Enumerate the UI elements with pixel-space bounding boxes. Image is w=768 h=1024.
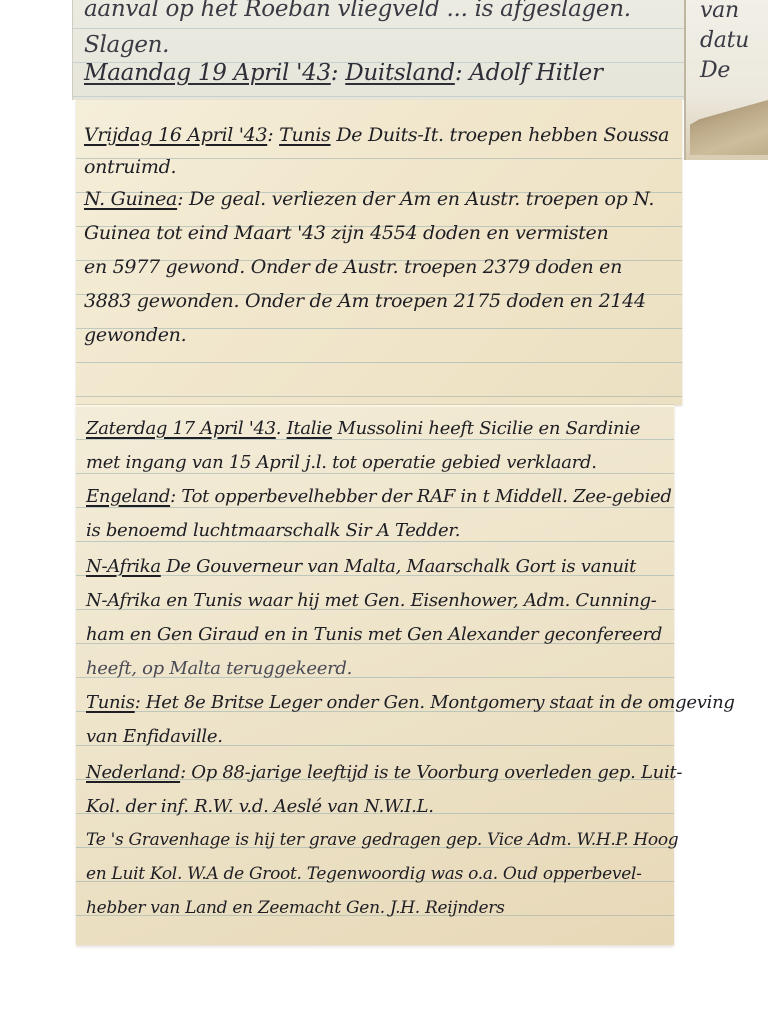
right-page-line-2: datu	[700, 28, 749, 53]
right-page-line-1: van	[700, 0, 739, 23]
slip1-line-6: 3883 gewonden. Onder de Am troepen 2175 …	[84, 290, 646, 312]
entry-date: Maandag 19 April '43	[84, 60, 331, 86]
back-page-entry-heading: Maandag 19 April '43: Duitsland: Adolf H…	[84, 60, 603, 86]
slip1-line-3: N. Guinea: De geal. verliezen der Am en …	[84, 188, 654, 210]
entry-text: De Gouverneur van Malta, Maarschalk Gort…	[166, 556, 636, 577]
slip2-line-4: is benoemd luchtmaarschalk Sir A Tedder.	[86, 520, 460, 541]
country-heading: Tunis	[279, 124, 330, 146]
slip2-line-9: Tunis: Het 8e Britse Leger onder Gen. Mo…	[86, 692, 735, 713]
country-heading: N-Afrika	[86, 556, 161, 577]
slip2-line-12: Kol. der inf. R.W. v.d. Aeslé van N.W.I.…	[86, 796, 434, 817]
rule-line	[73, 28, 685, 29]
rule-line	[76, 473, 674, 474]
slip2-line-7: ham en Gen Giraud en in Tunis met Gen Al…	[86, 624, 662, 645]
slip2-line-3: Engeland: Tot opperbevelhebber der RAF i…	[86, 486, 672, 507]
rule-line	[76, 396, 682, 397]
rule-line	[73, 96, 685, 97]
entry-date: Vrijdag 16 April '43	[84, 124, 267, 146]
rule-line	[76, 507, 674, 508]
country-heading: Tunis	[86, 692, 135, 713]
slip1-line-4: Guinea tot eind Maart '43 zijn 4554 dode…	[84, 222, 608, 244]
country-heading: Engeland	[86, 486, 170, 507]
slip2-line-2: met ingang van 15 April j.l. tot operati…	[86, 452, 597, 473]
slip2-line-1: Zaterdag 17 April '43. Italie Mussolini …	[86, 418, 640, 439]
back-page-line-1: aanval op het Roeban vliegveld ... is af…	[84, 0, 631, 22]
slip1-line-2: ontruimd.	[84, 156, 176, 178]
rule-line	[76, 541, 674, 542]
entry-date: Zaterdag 17 April '43	[86, 418, 276, 439]
slip1-line-5: en 5977 gewond. Onder de Austr. troepen …	[84, 256, 622, 278]
slip2-line-6: N-Afrika en Tunis waar hij met Gen. Eise…	[86, 590, 657, 611]
country-heading: Italie	[287, 418, 332, 439]
entry-text: De Duits-It. troepen hebben Soussa	[336, 124, 669, 146]
rule-line	[76, 362, 682, 363]
country-heading: N. Guinea	[84, 188, 177, 210]
rule-line	[76, 439, 674, 440]
back-page-line-2: Slagen.	[84, 32, 169, 58]
country-heading: Duitsland	[345, 60, 455, 86]
slip2-line-11: Nederland: Op 88-jarige leeftijd is te V…	[86, 762, 682, 783]
right-page-line-3: De	[700, 58, 730, 83]
entry-text: De geal. verliezen der Am en Austr. troe…	[189, 188, 654, 210]
entry-text: Het 8e Britse Leger onder Gen. Montgomer…	[146, 692, 735, 713]
slip2-line-10: van Enfidaville.	[86, 726, 223, 747]
slip2-line-5: N-Afrika De Gouverneur van Malta, Maarsc…	[86, 556, 636, 577]
slip1-line-1: Vrijdag 16 April '43: Tunis De Duits-It.…	[84, 124, 669, 146]
entry-text: Op 88-jarige leeftijd is te Voorburg ove…	[191, 762, 682, 783]
entry-text: Mussolini heeft Sicilie en Sardinie	[338, 418, 641, 439]
slip2-line-15: hebber van Land en Zeemacht Gen. J.H. Re…	[86, 898, 505, 918]
slip1-line-7: gewonden.	[84, 324, 186, 346]
country-heading: Nederland	[86, 762, 180, 783]
slip2-line-13: Te 's Gravenhage is hij ter grave gedrag…	[86, 830, 678, 850]
heading-text: Adolf Hitler	[469, 60, 602, 86]
slip2-line-14: en Luit Kol. W.A de Groot. Tegenwoordig …	[86, 864, 642, 884]
slip2-line-8: heeft, op Malta teruggekeerd.	[86, 658, 352, 679]
entry-text: Tot opperbevelhebber der RAF in t Middel…	[181, 486, 671, 507]
